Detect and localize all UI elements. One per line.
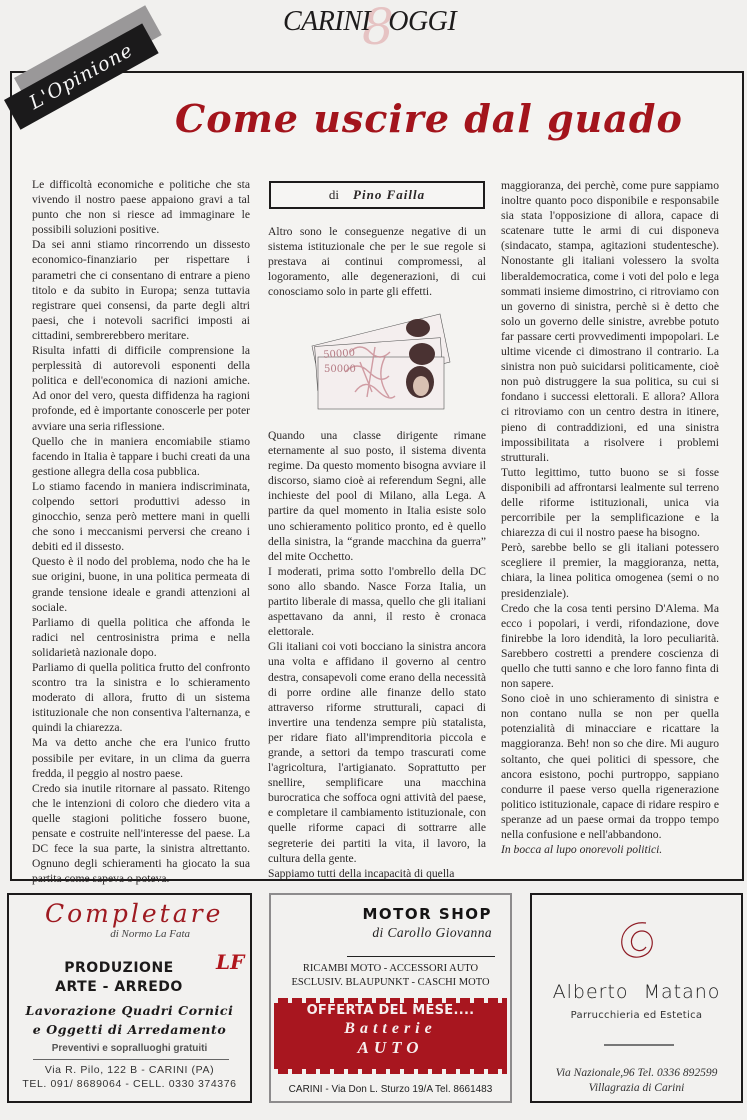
ad-brand: MOTOR SHOP — [362, 905, 492, 923]
banknote-denomination: 50000 — [324, 364, 356, 375]
byline-prefix: di — [329, 187, 339, 203]
publication-title: CARINIOGGI — [283, 8, 456, 36]
divider — [604, 1044, 674, 1046]
title-part1: CARINI — [283, 6, 370, 37]
ad-headline: PRODUZIONE ARTE - ARREDO — [9, 959, 229, 997]
article-column-3: maggioranza, dei perchè, come pure sappi… — [501, 178, 719, 857]
paragraph: Quando una classe dirigente rimane etern… — [268, 428, 486, 564]
banknotes-illustration: 50000 50000 — [300, 312, 460, 412]
paragraph: Credo che la cosa tenti persino D'Alema.… — [501, 601, 719, 692]
article-headline: Come uscire dal guado — [175, 100, 683, 138]
paragraph: Sono cioè in uno schieramento di sinistr… — [501, 691, 719, 842]
ad-line: e Oggetti di Arredamento — [9, 1020, 250, 1039]
ad-completare: Completare di Normo La Fata LF PRODUZION… — [7, 893, 252, 1103]
paragraph: Parliamo di quella politica frutto del c… — [32, 660, 250, 735]
ad-note: Preventivi e sopralluoghi gratuiti — [9, 1043, 250, 1054]
author-name: Pino Failla — [353, 187, 425, 203]
ad-contact: Via R. Pilo, 122 B - CARINI (PA) TEL. 09… — [9, 1063, 250, 1091]
ad-line: Lavorazione Quadri Cornici — [9, 1001, 250, 1020]
article-column-2-top: Altro sono le conseguenze negative di un… — [268, 224, 486, 299]
ad-contact: Via Nazionale,96 Tel. 0336 892599 Villag… — [532, 1066, 741, 1096]
ad-subtitle: Parrucchieria ed Estetica — [532, 1010, 741, 1021]
paragraph: Lo stiamo facendo in maniera indiscrimin… — [32, 479, 250, 554]
paragraph: I moderati, prima sotto l'ombrello della… — [268, 564, 486, 639]
ad-owner: di Carollo Giovanna — [372, 925, 492, 941]
ad-line: ESCLUSIV. BLAUPUNKT - CASCHI MOTO — [271, 976, 510, 990]
paragraph: Le difficoltà economiche e politiche che… — [32, 177, 250, 237]
ad-alberto-matano: Alberto Matano Parrucchieria ed Estetica… — [530, 893, 743, 1103]
ad-brand: Completare — [45, 899, 223, 928]
offer-line: AUTO — [274, 1038, 507, 1058]
divider — [33, 1059, 229, 1060]
paragraph: maggioranza, dei perchè, come pure sappi… — [501, 178, 719, 465]
byline-box: di Pino Failla — [269, 181, 485, 209]
paragraph: Gli italiani coi voti bocciano la sinist… — [268, 639, 486, 865]
ad-contact: CARINI - Via Don L. Sturzo 19/A Tel. 866… — [271, 1084, 510, 1095]
paragraph: Risulta infatti di difficile comprension… — [32, 343, 250, 434]
ad-phones: TEL. 091/ 8689064 - CELL. 0330 374376 — [9, 1077, 250, 1091]
ad-motor-shop: MOTOR SHOP di Carollo Giovanna RICAMBI M… — [269, 893, 512, 1103]
offer-line: Batterie — [274, 1020, 507, 1038]
ad-brand: Alberto Matano — [532, 981, 741, 1003]
article-column-1: Le difficoltà economiche e politiche che… — [32, 177, 250, 886]
paragraph: Ma va detto anche che era l'unico frutto… — [32, 735, 250, 780]
article-column-2-bottom: Quando una classe dirigente rimane etern… — [268, 428, 486, 881]
paragraph: Tutto legittimo, tutto buono se si fosse… — [501, 465, 719, 540]
paragraph: Credo sia inutile ritornare al passato. … — [32, 781, 250, 887]
closing-line: In bocca al lupo onorevoli politici. — [501, 842, 719, 857]
paragraph: Quello che in maniera encomiabile stiamo… — [32, 434, 250, 479]
banknote-denomination: 50000 — [323, 348, 356, 361]
ad-owner: di Normo La Fata — [110, 928, 190, 940]
paragraph: Parliamo di quella politica che affonda … — [32, 615, 250, 660]
paragraph: Altro sono le conseguenze negative di un… — [268, 224, 486, 299]
ad-line: ARTE - ARREDO — [9, 978, 229, 997]
title-part2: OGGI — [388, 6, 456, 37]
ad-line: RICAMBI MOTO - ACCESSORI AUTO — [271, 962, 510, 976]
ad-address: Via Nazionale,96 Tel. 0336 892599 — [532, 1066, 741, 1081]
ad-locality: Villagrazia di Carini — [532, 1081, 741, 1096]
ad-line: PRODUZIONE — [9, 959, 229, 978]
offer-title: OFFERTA DEL MESE.... — [274, 1003, 507, 1018]
divider — [347, 956, 495, 957]
ad-address: Via R. Pilo, 122 B - CARINI (PA) — [9, 1063, 250, 1077]
ad-services: RICAMBI MOTO - ACCESSORI AUTO ESCLUSIV. … — [271, 962, 510, 990]
paragraph: Sappiamo tutti della incapacità di quell… — [268, 866, 486, 881]
paragraph: Questo è il nodo del problema, nodo che … — [32, 554, 250, 614]
swirl-logo-icon — [616, 919, 660, 963]
offer-banner: OFFERTA DEL MESE.... Batterie AUTO — [274, 998, 507, 1074]
paragraph: Però, sarebbe bello se gli italiani pote… — [501, 540, 719, 600]
ad-services: Lavorazione Quadri Cornici e Oggetti di … — [9, 1001, 250, 1039]
paragraph: Da sei anni stiamo rincorrendo un disses… — [32, 237, 250, 343]
